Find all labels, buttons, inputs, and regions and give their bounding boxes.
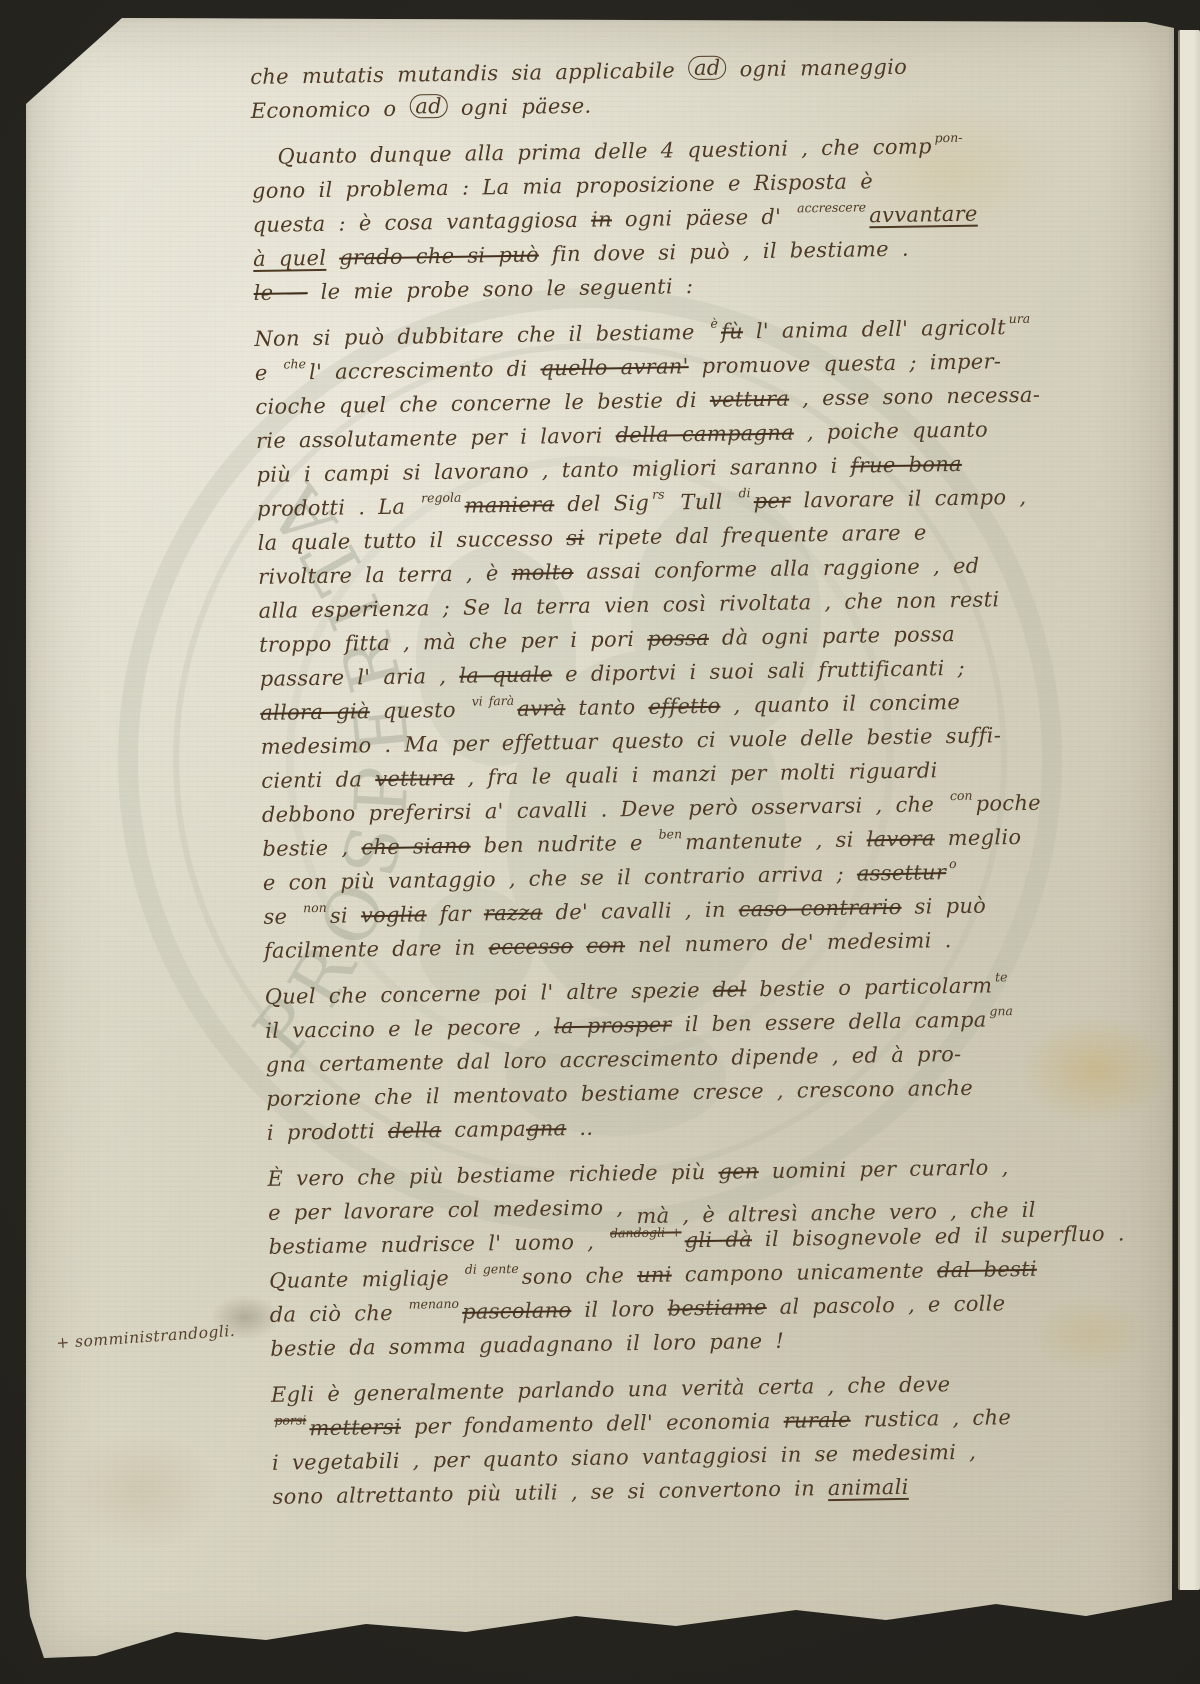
- interlinear-insertion: o: [949, 847, 957, 881]
- struck-text: eccesso: [488, 934, 573, 959]
- struck-text: vettura: [375, 766, 455, 791]
- handwritten-text: le mie probe sono le seguenti :: [307, 274, 693, 304]
- struck-text: lavora: [866, 826, 934, 851]
- handwritten-text: al pascolo , e colle: [766, 1291, 1005, 1319]
- struck-text: che siano: [361, 834, 471, 860]
- interlinear-insertion: pon-: [934, 121, 962, 155]
- struck-text: molto: [511, 560, 573, 585]
- handwritten-text: ogni päese.: [448, 94, 592, 120]
- struck-text: effetto: [648, 694, 720, 719]
- struck-text: per: [754, 489, 791, 514]
- paper-stain: [60, 1430, 220, 1550]
- handwritten-text: si può: [901, 894, 986, 919]
- struck-text: della: [388, 1118, 442, 1143]
- struck-text: assettur: [857, 860, 947, 885]
- handwritten-text: poche: [975, 791, 1041, 816]
- interlinear-insertion: che: [283, 347, 306, 381]
- scan-background: { "colors": { "background": "#24221d", "…: [0, 0, 1200, 1684]
- handwritten-text: il ben essere della campa: [672, 1008, 987, 1037]
- handwritten-text: passare l' aria ,: [260, 664, 460, 691]
- handwritten-text: questo: [370, 698, 469, 724]
- handwritten-text: il vaccino e le pecore ,: [265, 1014, 554, 1043]
- handwritten-text: cienti da: [261, 767, 375, 793]
- margin-note: + somministrandogli.: [56, 1322, 236, 1352]
- interlinear-insertion: regola: [421, 481, 462, 516]
- interlinear-insertion: dandogli +: [610, 1215, 682, 1250]
- struck-text: voglia: [361, 902, 427, 927]
- handwritten-text: promuove questa ; imper-: [689, 349, 1002, 378]
- handwritten-text: più i campi si lavorano , tanto migliori…: [256, 454, 850, 487]
- struck-text: bestiame: [667, 1295, 766, 1321]
- handwritten-text: il loro: [571, 1297, 668, 1323]
- handwritten-text: lavorare il campo ,: [790, 485, 1026, 513]
- handwritten-text: sono che: [522, 1263, 638, 1289]
- handwritten-text: per fondamento dell' economia: [401, 1409, 784, 1439]
- handwritten-text: mantenute , si: [685, 827, 867, 854]
- interlinear-insertion: rs: [652, 478, 665, 512]
- handwritten-text: l' anima dell' agricolt: [743, 315, 1006, 343]
- interlinear-insertion: non: [303, 891, 327, 925]
- handwritten-text: Quanto dunque alla prima delle 4 questio…: [277, 134, 932, 168]
- struck-text: la prosper: [554, 1012, 672, 1038]
- handwritten-text: campono unicamente: [672, 1258, 938, 1286]
- handwritten-text: Economico o: [251, 97, 410, 123]
- interlinear-insertion: vi farà: [471, 684, 514, 719]
- handwritten-text: [573, 934, 586, 958]
- interlinear-insertion: accrescere: [797, 190, 867, 225]
- struck-text: mettersi: [309, 1415, 401, 1440]
- handwritten-text: à quel: [253, 246, 326, 271]
- interlinear-insertion: ura: [1008, 302, 1030, 336]
- handwritten-text: che mutatis mutandis sia applicabile: [250, 58, 688, 89]
- handwritten-text: e: [255, 361, 281, 385]
- handwritten-text: e diportvi i suoi sali fruttificanti ;: [552, 656, 965, 686]
- struck-text: avrà: [517, 696, 566, 721]
- handwritten-text: debbono preferirsi a' cavalli . Deve per…: [262, 792, 948, 827]
- interlinear-insertion: te: [995, 960, 1008, 994]
- handwritten-text: , quanto il concime: [720, 690, 960, 718]
- handwritten-text: far: [426, 901, 484, 926]
- handwritten-text: gono il problema : La mia proposizione e…: [252, 169, 873, 203]
- interlinear-insertion: gna: [989, 994, 1013, 1028]
- handwritten-text: cioche quel che concerne le bestie di: [255, 388, 710, 419]
- struck-text: del: [713, 977, 747, 1002]
- interlinear-insertion: è: [710, 307, 718, 341]
- handwritten-text: bestie ,: [262, 835, 361, 861]
- handwritten-text: e con più vantaggio , che se il contrari…: [263, 862, 857, 895]
- struck-text: gli dà: [684, 1227, 752, 1252]
- handwritten-text: ben nudrite e: [470, 831, 655, 858]
- handwritten-text: uomini per curarlo ,: [759, 1155, 1009, 1183]
- handwritten-text: sono altrettanto più utili , se si conve…: [272, 1476, 828, 1509]
- handwritten-text: ..: [566, 1116, 593, 1140]
- struck-text: in: [591, 207, 612, 231]
- handwritten-text: Tull: [667, 489, 735, 514]
- handwritten-text: animali: [828, 1475, 909, 1500]
- struck-text: possa: [647, 626, 709, 651]
- struck-text: vettura: [710, 387, 790, 412]
- handwritten-text: [326, 246, 339, 270]
- handwritten-text: la quale tutto il successo: [257, 526, 566, 555]
- struck-text: grado che si può: [339, 242, 539, 269]
- handwritten-text: ripete dal frequente arare e: [584, 520, 927, 549]
- handwritten-text: se: [263, 904, 300, 929]
- struck-text: pascolano: [462, 1298, 572, 1324]
- handwritten-text: meglio: [935, 825, 1022, 850]
- handwritten-text: bestie da somma guadagnano il loro pane …: [270, 1329, 784, 1361]
- handwritten-text: ogni maneggio: [726, 55, 907, 82]
- handwritten-text: de' cavalli , in: [542, 897, 739, 924]
- struck-text: uni: [637, 1263, 672, 1288]
- struck-text: gen: [718, 1159, 759, 1184]
- handwritten-text: si: [330, 903, 361, 927]
- handwritten-text: assai conforme alla raggione , ed: [573, 554, 979, 584]
- handwritten-text: nel numero de' medesimi .: [625, 928, 952, 957]
- handwritten-text: Quel che concerne poi l' altre spezie: [265, 978, 713, 1009]
- handwritten-text: da ciò che: [270, 1301, 406, 1327]
- handwritten-text: fin dove si può , il bestiame .: [539, 237, 909, 267]
- handwritten-text: i prodotti: [267, 1119, 389, 1145]
- struck-text: le —: [253, 280, 307, 305]
- handwritten-text: dà ogni parte possa: [709, 622, 955, 650]
- handwritten-text: troppo fitta , mà che per i pori: [259, 627, 647, 657]
- struck-text: rurale: [783, 1408, 850, 1433]
- interlinear-insertion: di: [738, 476, 751, 510]
- handwritten-text: campa: [441, 1117, 526, 1142]
- struck-text: della campagna: [615, 421, 794, 448]
- handwritten-text: del Sig: [554, 491, 649, 516]
- struck-text: caso contrario: [738, 895, 901, 922]
- handwritten-text: rustica , che: [850, 1405, 1011, 1432]
- handwritten-text: prodotti . La: [257, 494, 419, 521]
- interlinear-insertion: menano: [408, 1287, 459, 1322]
- struck-text: si: [566, 526, 584, 550]
- circled-word: ad: [409, 94, 448, 119]
- handwritten-text: , fra le quali i manzi per molti riguard…: [454, 758, 937, 790]
- struck-text: quello avran': [540, 354, 689, 380]
- handwritten-text: ogni päese d': [612, 204, 795, 231]
- interlinear-insertion: porsi: [274, 1403, 306, 1437]
- handwritten-text: avvantare: [869, 202, 978, 228]
- handwritten-text: rivoltare la terra , è: [258, 561, 512, 589]
- adjacent-page-edge: [1178, 30, 1200, 1590]
- struck-text: fù: [721, 319, 743, 343]
- handwritten-text: facilmente dare in: [264, 935, 489, 963]
- handwritten-text: È vero che più bestiame richiede più: [267, 1160, 718, 1191]
- struck-text: frue bona: [850, 452, 962, 478]
- handwritten-text: bestiame nudrisce l' uomo ,: [268, 1230, 607, 1259]
- handwritten-text: Non si può dubbitare che il bestiame: [254, 320, 708, 351]
- struck-text: gna: [526, 1116, 567, 1141]
- struck-text: con: [586, 933, 625, 958]
- handwritten-text: Egli è generalmente parlando una verità …: [271, 1372, 951, 1407]
- interlinear-insertion: di gente: [465, 1252, 519, 1287]
- interlinear-insertion: con: [950, 779, 973, 813]
- struck-text: maniera: [464, 492, 554, 517]
- handwritten-text: il bisognevole ed il superfluo .: [752, 1221, 1125, 1251]
- struck-text: dal besti: [937, 1257, 1037, 1283]
- handwritten-text: rie assolutamente per i lavori: [256, 423, 616, 453]
- text-block: che mutatis mutandis sia applicabile ad …: [250, 45, 1174, 1514]
- handwritten-text: questa : è cosa vantaggiosa: [252, 208, 591, 237]
- handwritten-text: e per lavorare col medesimo ,: [268, 1195, 637, 1225]
- struck-text: razza: [484, 901, 543, 926]
- struck-text: allora già: [260, 699, 370, 725]
- handwritten-text: l' accrescimento di: [309, 356, 541, 384]
- handwritten-text: bestie o particolarm: [746, 973, 992, 1001]
- interlinear-insertion: ben: [658, 817, 682, 851]
- circled-word: ad: [688, 56, 727, 81]
- handwritten-text: tanto: [565, 695, 648, 720]
- handwritten-text: , poiche quanto: [794, 417, 988, 444]
- handwritten-text: , esse sono necessa-: [789, 383, 1040, 411]
- manuscript-page: PROSPERITATI che mutatis mutandis sia ap…: [26, 16, 1174, 1666]
